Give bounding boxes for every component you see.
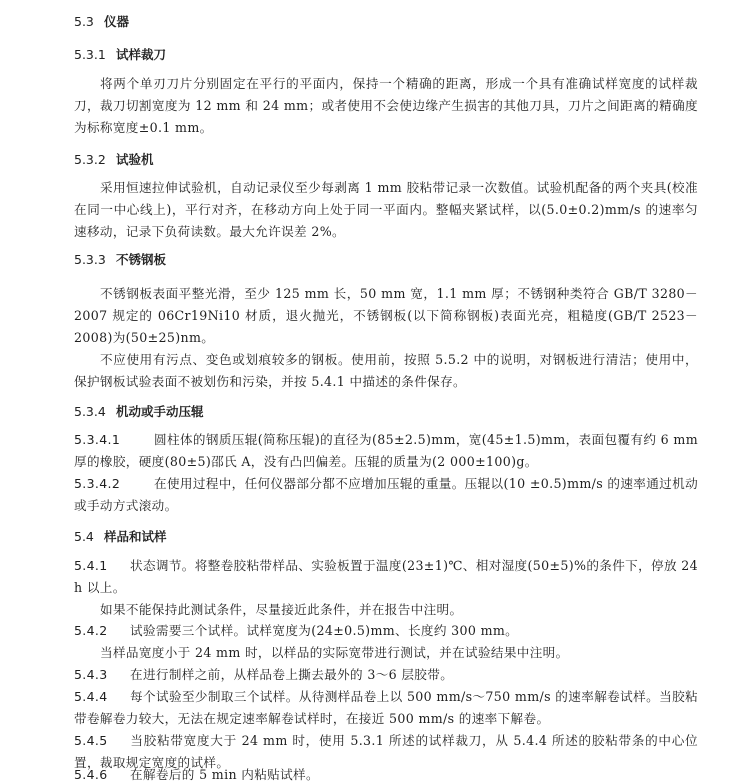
clause-5-4-1: 5.4.1状态调节。将整卷胶粘带样品、实验板置于温度(23±1)℃、相对湿度(5… (74, 555, 698, 599)
clause-number: 5.3.4.2 (74, 473, 154, 495)
paragraph-5-3-3-b: 不应使用有污点、变色或划痕较多的钢板。使用前，按照 5.5.2 中的说明，对钢板… (74, 349, 698, 393)
clause-5-3-4-2: 5.3.4.2在使用过程中，任何仪器部分都不应增加压辊的重量。压辊以(10 ±0… (74, 473, 698, 517)
heading-number: 5.4 (74, 529, 104, 544)
clause-text: 状态调节。将整卷胶粘带样品、实验板置于温度(23±1)℃、相对湿度(50±5)%… (74, 558, 698, 595)
paragraph-5-3-1: 将两个单刃刀片分别固定在平行的平面内，保持一个精确的距离，形成一个具有准确试样宽… (74, 73, 698, 139)
heading-5-3-4: 5.3.4机动或手动压辊 (74, 402, 204, 420)
cutoff-text-line: …………………………………………………… (130, 0, 460, 2)
heading-title: 机动或手动压辊 (116, 404, 204, 419)
heading-number: 5.3.4 (74, 404, 116, 419)
clause-text: 在使用过程中，任何仪器部分都不应增加压辊的重量。压辊以(10 ±0.5)mm/s… (74, 476, 698, 513)
heading-5-3-1: 5.3.1试样裁刀 (74, 45, 166, 63)
clause-number: 5.4.2 (74, 620, 130, 642)
clause-number: 5.4.4 (74, 686, 130, 708)
clause-number: 5.4.1 (74, 555, 130, 577)
clause-5-3-4-1: 5.3.4.1圆柱体的钢质压辊(简称压辊)的直径为(85±2.5)mm，宽(45… (74, 429, 698, 473)
clause-number: 5.4.3 (74, 664, 130, 686)
heading-5-3-3: 5.3.3不锈钢板 (74, 250, 166, 268)
heading-title: 样品和试样 (104, 529, 167, 544)
heading-5-3-2: 5.3.2试验机 (74, 150, 154, 168)
heading-number: 5.3 (74, 14, 104, 29)
clause-number: 5.3.4.1 (74, 429, 154, 451)
clause-text: 每个试验至少制取三个试样。从待测样品卷上以 500 mm/s～750 mm/s … (74, 689, 698, 726)
clause-5-4-2: 5.4.2试验需要三个试样。试样宽度为(24±0.5)mm、长度约 300 mm… (74, 620, 698, 642)
note-5-4-2: 当样品宽度小于 24 mm 时，以样品的实际宽带进行测试，并在试验结果中注明。 (74, 642, 698, 664)
heading-number: 5.3.3 (74, 252, 116, 267)
clause-number: 5.4.5 (74, 730, 130, 752)
note-5-4-1: 如果不能保持此测试条件，尽量接近此条件，并在报告中注明。 (74, 599, 698, 621)
heading-number: 5.3.2 (74, 152, 116, 167)
heading-title: 试验机 (116, 152, 154, 167)
heading-title: 不锈钢板 (116, 252, 166, 267)
clause-text: 试验需要三个试样。试样宽度为(24±0.5)mm、长度约 300 mm。 (130, 623, 518, 638)
heading-5-4: 5.4样品和试样 (74, 527, 167, 545)
paragraph-5-3-3-a: 不锈钢板表面平整光滑，至少 125 mm 长，50 mm 宽，1.1 mm 厚；… (74, 283, 698, 349)
paragraph-5-3-2: 采用恒速拉伸试验机，自动记录仪至少每剥离 1 mm 胶粘带记录一次数值。试验机配… (74, 177, 698, 243)
clause-5-4-3: 5.4.3在进行制样之前，从样品卷上撕去最外的 3～6 层胶带。 (74, 664, 698, 686)
heading-number: 5.3.1 (74, 47, 116, 62)
clause-text: 在解卷后的 5 min 内粘贴试样。 (130, 767, 319, 782)
heading-5-3: 5.3仪器 (74, 12, 129, 30)
heading-title: 仪器 (104, 14, 129, 29)
heading-title: 试样裁刀 (116, 47, 166, 62)
clause-number: 5.4.6 (74, 764, 130, 782)
clause-text: 圆柱体的钢质压辊(简称压辊)的直径为(85±2.5)mm，宽(45±1.5)mm… (74, 432, 698, 469)
clause-5-4-6: 5.4.6在解卷后的 5 min 内粘贴试样。 (74, 764, 698, 782)
clause-text: 在进行制样之前，从样品卷上撕去最外的 3～6 层胶带。 (130, 667, 453, 682)
clause-5-4-4: 5.4.4每个试验至少制取三个试样。从待测样品卷上以 500 mm/s～750 … (74, 686, 698, 730)
